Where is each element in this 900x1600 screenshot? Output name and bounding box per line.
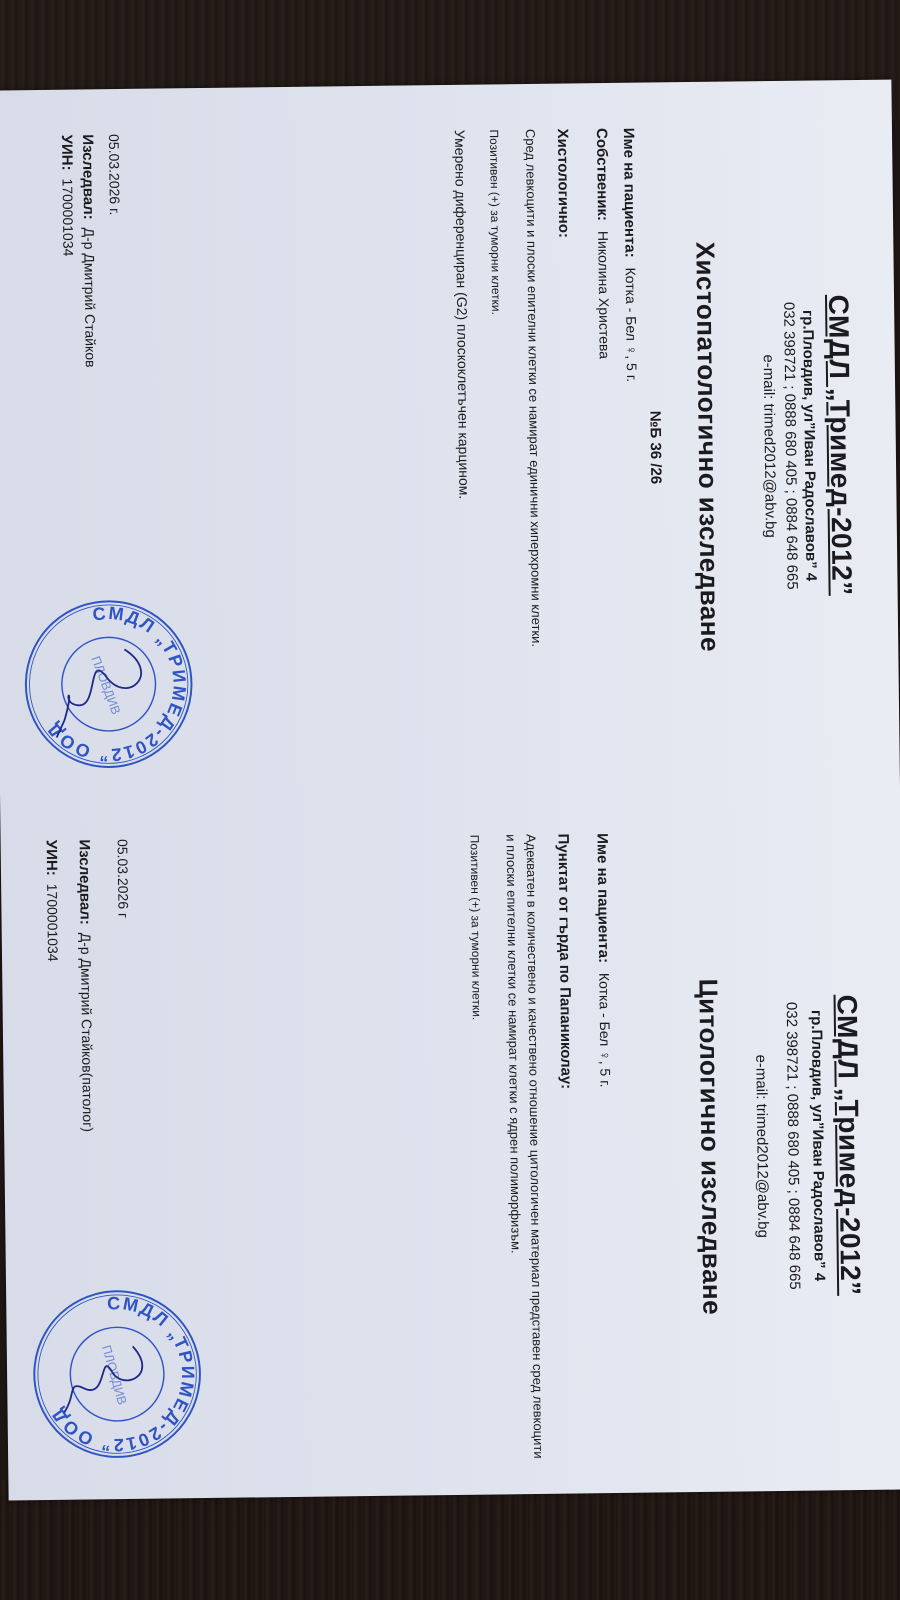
uin-label: УИН:	[58, 135, 75, 171]
patient-field: Име на пациента: Котка - Бел ♀, 5 г.	[620, 128, 645, 768]
finding-text: Сред левкоцити и плоски епителни клетки …	[520, 129, 548, 769]
uin-label: УИН:	[43, 840, 60, 876]
examiner-field: Изследвал: Д-р Дмитрий Стайков	[79, 134, 99, 367]
owner-field: Собственик: Николина Христева	[593, 128, 618, 768]
report-footer: 05.03.2026 г. Изследвал: Д-р Дмитрий Ста…	[58, 134, 125, 368]
examiner-label: Изследвал:	[76, 839, 94, 924]
lab-address: гр.Пловдив, ул”Иван Радославов” 4	[806, 830, 831, 1460]
lab-header: СМДЛ „Тримед-2012” гр.Пловдив, ул”Иван Р…	[757, 125, 860, 766]
patient-value: Котка - Бел ♀, 5 г.	[596, 973, 613, 1088]
lab-stamp-icon: СМДЛ „ТРИМЕД-2012” ООД ПЛОВДИВ	[0, 568, 225, 800]
result-text: Позитивен (+) за туморни клетки.	[465, 835, 493, 1465]
lab-email: e-mail: trimed2012@abv.bg	[757, 126, 782, 766]
examiner-field: Изследвал: Д-р Дмитрий Стайков(патолог)	[76, 839, 97, 1132]
uin-value: 1700001034	[60, 178, 77, 256]
uin-value: 1700001034	[44, 884, 61, 962]
histopathology-report: СМДЛ „Тримед-2012” гр.Пловдив, ул”Иван Р…	[0, 80, 900, 796]
lab-name: СМДЛ „Тримед-2012”	[829, 830, 869, 1460]
lab-stamp-icon: СМДЛ „ТРИМЕД-2012” ООД ПЛОВДИВ	[6, 1263, 228, 1485]
lab-email: e-mail: trimed2012@abv.bg	[750, 831, 775, 1461]
svg-text:ПЛОВДИВ: ПЛОВДИВ	[88, 654, 123, 716]
lab-phones: 032 398721 ; 0888 680 405 ; 0884 648 665	[781, 831, 806, 1461]
report-title: Цитологично изследване	[691, 832, 730, 1462]
lab-header: СМДЛ „Тримед-2012” гр.Пловдив, ул”Иван Р…	[750, 830, 869, 1461]
lab-name: СМДЛ „Тримед-2012”	[820, 125, 860, 765]
patient-field: Име на пациента: Котка - Бел ♀, 5 г.	[594, 833, 619, 1463]
report-footer: 05.03.2026 г Изследвал: Д-р Дмитрий Стай…	[43, 839, 135, 1133]
examiner-label: Изследвал:	[79, 134, 97, 219]
patient-label: Име на пациента:	[594, 833, 613, 963]
owner-label: Собственик:	[593, 128, 611, 221]
lab-report-sheet: СМДЛ „Тримед-2012” гр.Пловдив, ул”Иван Р…	[0, 80, 900, 1501]
uin-field: УИН: 1700001034	[58, 135, 78, 368]
diagnosis-text: Умерено диференциран (G2) плоскоклетъчен…	[450, 130, 478, 770]
owner-value: Николина Христева	[595, 231, 613, 359]
examiner-value: Д-р Дмитрий Стайков(патолог)	[78, 933, 96, 1132]
examiner-value: Д-р Дмитрий Стайков	[81, 227, 99, 367]
patient-label: Име на пациента:	[620, 128, 639, 258]
patient-value: Котка - Бел ♀, 5 г.	[623, 267, 640, 382]
report-number: №Б 36 /26	[643, 127, 668, 767]
report-date: 05.03.2026 г.	[106, 134, 125, 367]
report-date: 05.03.2026 г	[115, 839, 135, 1132]
finding-text: Адекватен в количествено и качествено от…	[501, 834, 549, 1464]
result-text: Позитивен (+) за туморни клетки.	[484, 129, 512, 769]
section-heading: Пунктат от гърда по Папаниколау:	[555, 834, 580, 1464]
section-heading: Хистологично:	[554, 128, 579, 768]
report-title: Хистопатологично изследване	[688, 127, 727, 767]
cytology-report: СМДЛ „Тримед-2012” гр.Пловдив, ул”Иван Р…	[0, 785, 900, 1501]
uin-field: УИН: 1700001034	[43, 840, 64, 1133]
